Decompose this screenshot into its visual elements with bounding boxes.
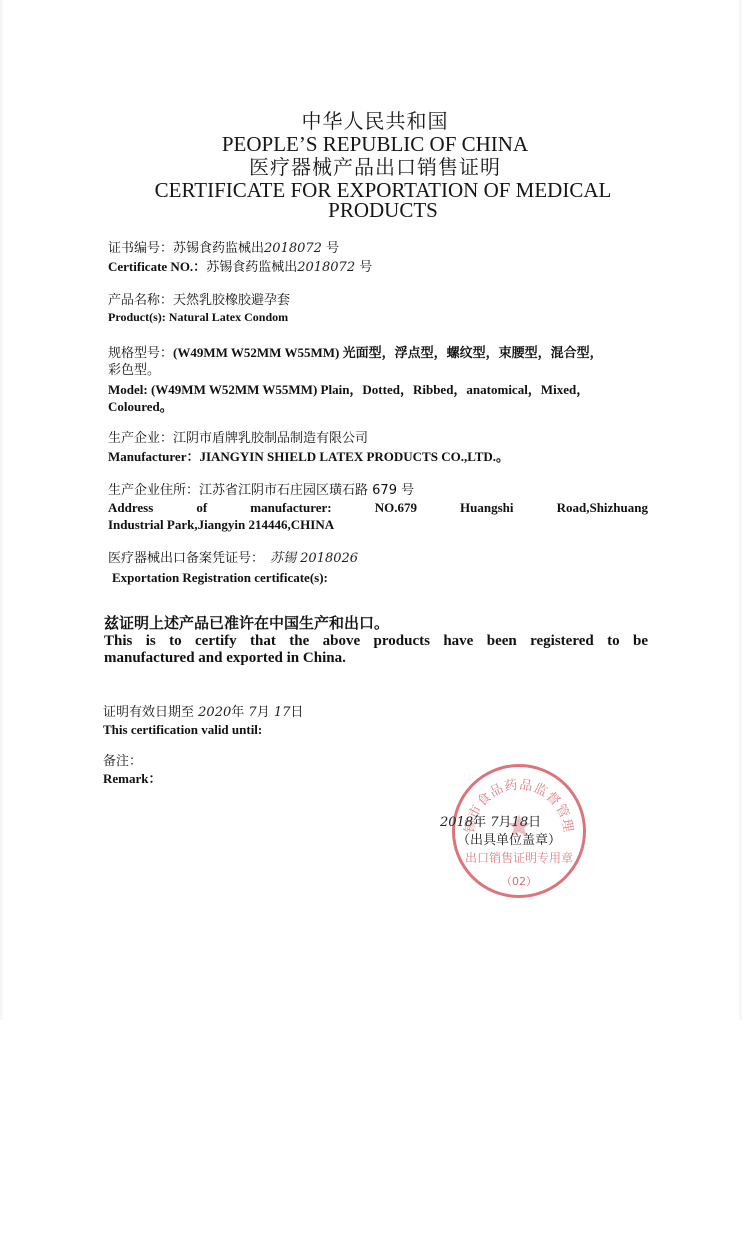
model-en-line1: Model: (W49MM W52MM W55MM) Plain，Dotted，… bbox=[108, 381, 648, 398]
field-label: Model: bbox=[108, 382, 151, 397]
field-value: (W49MM W52MM W55MM) Plain，Dotted，Ribbed，… bbox=[151, 382, 589, 397]
handwritten-number: 2018072 bbox=[297, 260, 355, 275]
handwritten-valid-year: 2020 bbox=[198, 705, 231, 720]
handwritten-issue-year: 2018 bbox=[440, 815, 473, 830]
field-value: 苏锡食药监械出 bbox=[206, 260, 297, 275]
issuer-stamp-note: （出具单位盖章） bbox=[457, 829, 561, 848]
registration-section: 医疗器械出口备案凭证号：苏锡 2018026 Exportation Regis… bbox=[108, 550, 648, 586]
manufacturer-en: Manufacturer：JIANGYIN SHIELD LATEX PRODU… bbox=[108, 448, 648, 465]
statement-zh: 兹证明上述产品已准许在中国生产和出口。 bbox=[104, 614, 648, 633]
field-value: JIANGYIN SHIELD LATEX PRODUCTS CO.,LTD.。 bbox=[199, 449, 509, 464]
field-label: Manufacturer： bbox=[108, 449, 199, 464]
product-name-en: Product(s): Natural Latex Condom bbox=[108, 309, 648, 326]
seal-code: （02） bbox=[455, 873, 583, 889]
handwritten-issue-month: 7 bbox=[490, 815, 498, 830]
certificate-number-en: Certificate NO.：苏锡食药监械出2018072 号 bbox=[108, 258, 648, 276]
model-section: 规格型号：(W49MM W52MM W55MM) 光面型，浮点型，螺纹型，束腰型… bbox=[108, 344, 648, 415]
model-zh-line2: 彩色型。 bbox=[108, 362, 648, 379]
registration-en: Exportation Registration certificate(s): bbox=[112, 569, 648, 586]
manufacturer-section: 生产企业：江阴市盾牌乳胶制品制造有限公司 Manufacturer：JIANGY… bbox=[108, 430, 648, 465]
handwritten-valid-day: 17 bbox=[274, 705, 291, 720]
certificate-number-section: 证书编号：苏锡食药监械出2018072 号 Certificate NO.：苏锡… bbox=[108, 240, 648, 276]
field-label: Certificate NO.： bbox=[108, 259, 206, 274]
month-char: 月 bbox=[257, 705, 270, 720]
field-value: 苏锡食药监械出 bbox=[173, 241, 264, 256]
field-value: 江苏省江阴市石庄园区璜石路 679 号 bbox=[199, 483, 414, 498]
country-title-en: PEOPLE’S REPUBLIC OF CHINA bbox=[0, 133, 750, 155]
year-char: 年 bbox=[473, 815, 486, 830]
certificate-number-zh: 证书编号：苏锡食药监械出2018072 号 bbox=[108, 240, 648, 257]
field-suffix: 号 bbox=[355, 260, 372, 275]
address-section: 生产企业住所：江苏省江阴市石庄园区璜石路 679 号 Address of ma… bbox=[108, 482, 648, 533]
certificate-title-zh: 医疗器械产品出口销售证明 bbox=[0, 156, 750, 178]
field-label: 证书编号： bbox=[108, 241, 173, 256]
certificate-title-en-line2: PRODUCTS bbox=[0, 199, 750, 221]
field-label: Product(s): bbox=[108, 310, 169, 324]
model-zh-line1: 规格型号：(W49MM W52MM W55MM) 光面型，浮点型，螺纹型，束腰型… bbox=[108, 344, 648, 362]
field-value: 天然乳胶橡胶避孕套 bbox=[173, 293, 290, 308]
statement-en-line1: This is to certify that the above produc… bbox=[104, 633, 648, 650]
handwritten-issue-day: 18 bbox=[512, 815, 529, 830]
statement-en-line2: manufactured and exported in China. bbox=[104, 650, 648, 667]
field-label: 医疗器械出口备案凭证号： bbox=[108, 551, 264, 566]
field-label: 证明有效日期至 bbox=[103, 705, 194, 720]
seal-bottom-text: 出口销售证明专用章 bbox=[455, 849, 583, 866]
validity-en: This certification valid until: bbox=[103, 721, 643, 738]
field-label: 规格型号： bbox=[108, 346, 173, 361]
validity-section: 证明有效日期至 2020年 7月 17日 This certification … bbox=[103, 704, 643, 738]
field-label: 生产企业： bbox=[108, 431, 173, 446]
field-label: 产品名称： bbox=[108, 293, 173, 308]
address-en-line1: Address of manufacturer: NO.679 Huangshi… bbox=[108, 499, 648, 516]
handwritten-number: 2018072 bbox=[264, 241, 322, 256]
handwritten-registration-number: 苏锡 2018026 bbox=[270, 551, 358, 566]
field-value: Natural Latex Condom bbox=[169, 310, 288, 324]
country-title-zh: 中华人民共和国 bbox=[0, 110, 750, 132]
certification-statement: 兹证明上述产品已准许在中国生产和出口。 This is to certify t… bbox=[104, 614, 648, 667]
issue-date: 2018年 7月18日 bbox=[440, 811, 541, 830]
registration-zh: 医疗器械出口备案凭证号：苏锡 2018026 bbox=[108, 550, 648, 567]
field-suffix: 号 bbox=[322, 241, 339, 256]
validity-zh: 证明有效日期至 2020年 7月 17日 bbox=[103, 704, 643, 721]
field-value: (W49MM W52MM W55MM) 光面型，浮点型，螺纹型，束腰型，混合型， bbox=[173, 345, 603, 360]
manufacturer-zh: 生产企业：江阴市盾牌乳胶制品制造有限公司 bbox=[108, 430, 648, 447]
month-char: 月 bbox=[499, 815, 512, 830]
field-value: 江阴市盾牌乳胶制品制造有限公司 bbox=[173, 431, 368, 446]
address-en-line2: Industrial Park,Jiangyin 214446,CHINA bbox=[108, 516, 648, 533]
handwritten-valid-month: 7 bbox=[248, 705, 256, 720]
field-label: 生产企业住所： bbox=[108, 483, 199, 498]
day-char: 日 bbox=[290, 705, 303, 720]
address-zh: 生产企业住所：江苏省江阴市石庄园区璜石路 679 号 bbox=[108, 482, 648, 499]
product-name-zh: 产品名称：天然乳胶橡胶避孕套 bbox=[108, 292, 648, 309]
model-en-line2: Coloured。 bbox=[108, 398, 648, 415]
year-char: 年 bbox=[231, 705, 244, 720]
product-section: 产品名称：天然乳胶橡胶避孕套 Product(s): Natural Latex… bbox=[108, 292, 648, 326]
day-char: 日 bbox=[528, 815, 541, 830]
